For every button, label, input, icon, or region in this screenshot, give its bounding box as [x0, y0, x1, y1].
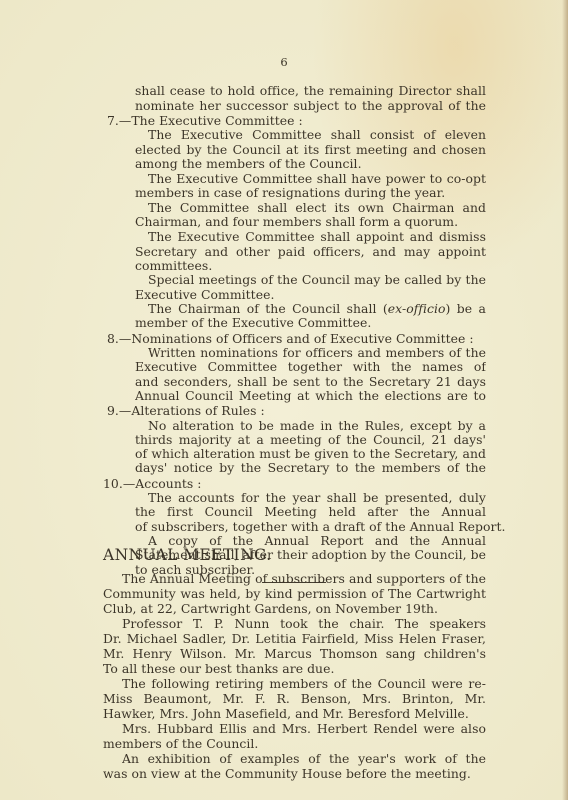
text-line: members in case of resignations during t… [135, 185, 445, 201]
text-line: Mrs. Hubbard Ellis and Mrs. Herbert Rend… [122, 721, 486, 737]
text-line: The Executive Committee shall consist of… [148, 127, 486, 143]
text-line: the first Council Meeting held after the… [135, 504, 486, 520]
text-line: Community was held, by kind permission o… [103, 586, 486, 602]
text-line: shall cease to hold office, the remainin… [135, 83, 486, 99]
text-line: Chairman, and four members shall form a … [135, 214, 458, 230]
text-line: The following retiring members of the Co… [122, 676, 486, 692]
text-line: Annual Council Meeting at which the elec… [135, 388, 486, 404]
text-line: nominate her successor subject to the ap… [135, 98, 486, 114]
page-number: 6 [0, 55, 568, 71]
text-line: The Executive Committee shall appoint an… [148, 229, 486, 245]
annual-meeting-heading: ANNUAL MEETING. [103, 548, 272, 564]
text-line: The Annual Meeting of subscribers and su… [122, 571, 486, 587]
text-line: Professor T. P. Nunn took the chair. The… [122, 616, 486, 632]
text-line: Club, at 22, Cartwright Gardens, on Nove… [103, 601, 438, 617]
text-line: 9.—Alterations of Rules : [107, 403, 265, 419]
text-line: Special meetings of the Council may be c… [148, 272, 486, 288]
text-line: Mr. Henry Wilson. Mr. Marcus Thomson san… [103, 646, 486, 662]
text-line: Dr. Michael Sadler, Dr. Letitia Fairfiel… [103, 631, 486, 647]
text-line: member of the Executive Committee. [135, 315, 371, 331]
text-line: An exhibition of examples of the year's … [122, 751, 486, 767]
text-line: Hawker, Mrs. John Masefield, and Mr. Ber… [103, 706, 469, 722]
italic-term: ex-officio [388, 301, 446, 316]
text-line: To all these our best thanks are due. [103, 661, 334, 677]
text-line: Executive Committee together with the na… [135, 359, 486, 375]
text-line: members of the Council. [103, 736, 258, 752]
text-line: was on view at the Community House befor… [103, 766, 471, 782]
text-line: among the members of the Council. [135, 156, 362, 172]
text-line: Miss Beaumont, Mr. F. R. Benson, Mrs. Br… [103, 691, 486, 707]
document-page: 6 shall cease to hold office, the remain… [0, 0, 568, 800]
text-line: days' notice by the Secretary to the mem… [135, 460, 486, 476]
